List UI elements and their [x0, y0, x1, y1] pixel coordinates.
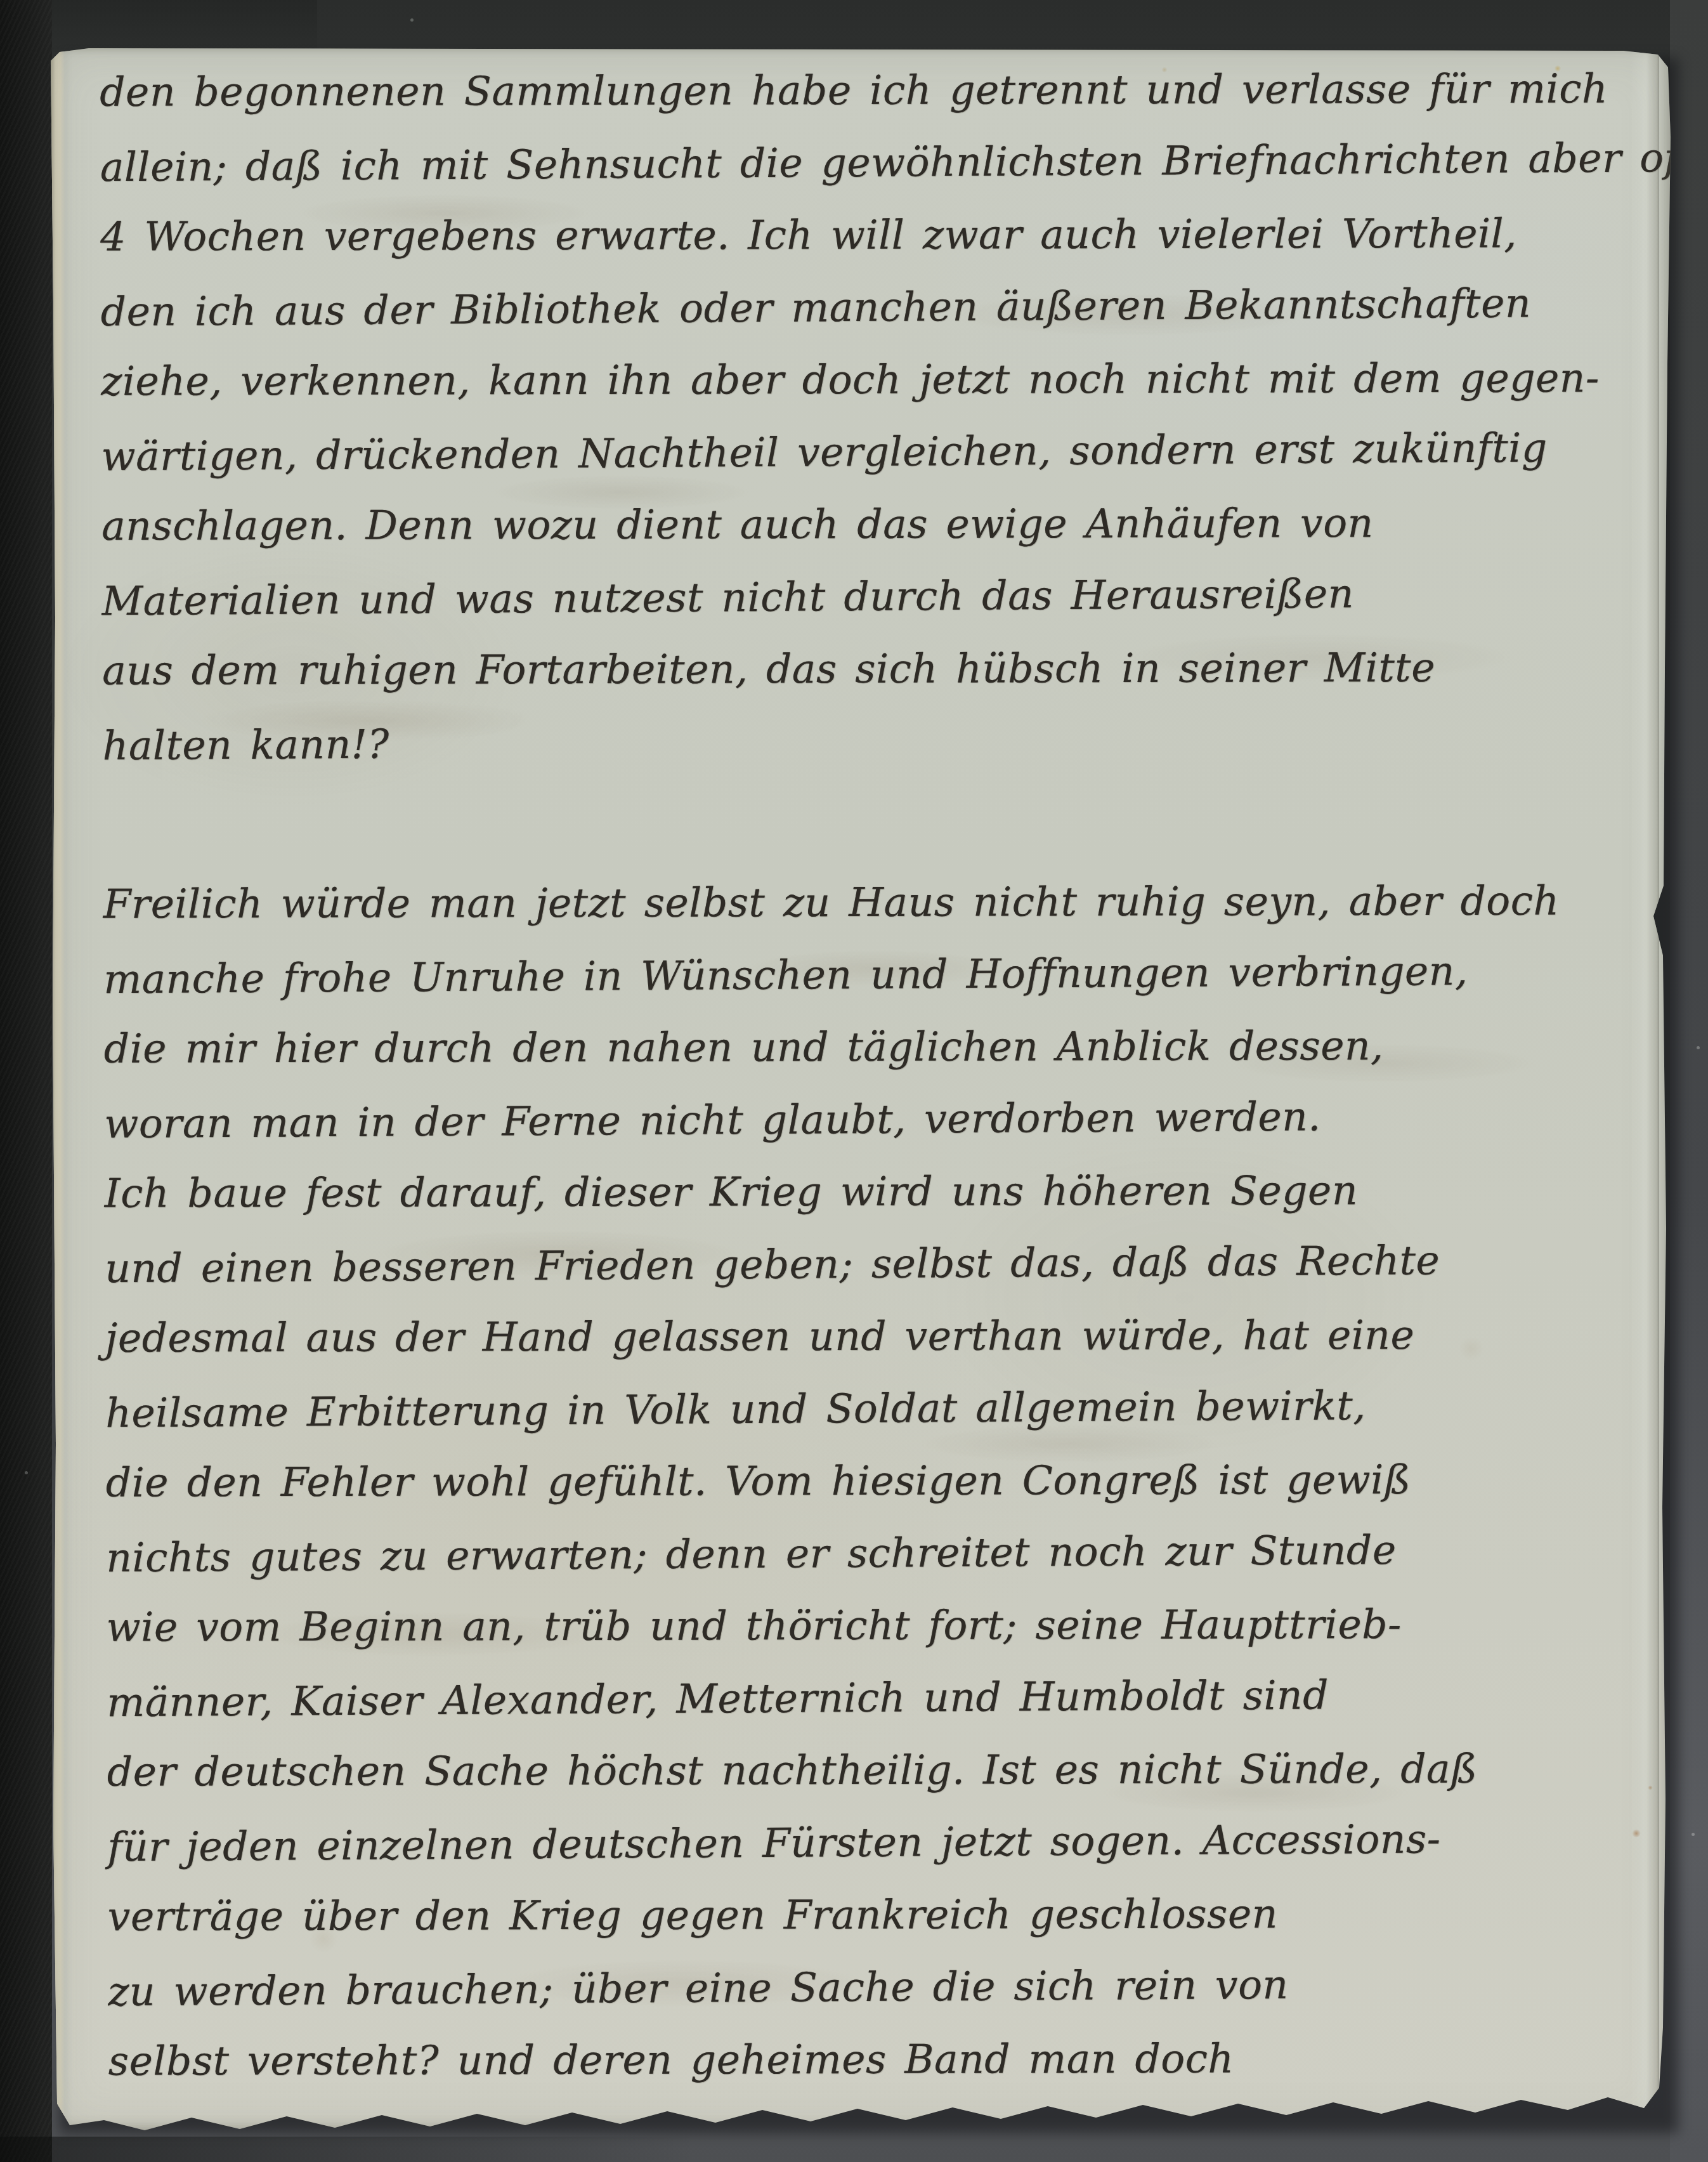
handwritten-line: 4 Wochen vergebens erwarte. Ich will zwa…	[100, 197, 1625, 273]
handwritten-line: halten kann!?	[102, 701, 1627, 783]
handwritten-line: nichts gutes zu erwarten; denn er schrei…	[106, 1513, 1631, 1595]
scanned-letter-page: den begonnenen Sammlungen habe ich getre…	[0, 0, 1708, 2162]
handwritten-line: verträge über den Krieg gegen Frankreich…	[108, 1877, 1633, 1953]
handwritten-line: den begonnenen Sammlungen habe ich getre…	[100, 53, 1624, 128]
handwritten-line: Materialien und was nutzest nicht durch …	[101, 556, 1627, 638]
paragraph-1: den begonnenen Sammlungen habe ich getre…	[100, 51, 1627, 781]
top-backing-shadow	[51, 0, 317, 52]
handwritten-line: Ich baue fest darauf, dieser Krieg wird …	[105, 1154, 1629, 1229]
handwritten-line: für jeden einzelnen deutschen Fürsten je…	[107, 1802, 1633, 1884]
letter-paper-sheet: den begonnenen Sammlungen habe ich getre…	[51, 48, 1671, 2132]
paragraph-2: Freilich würde man jetzt selbst zu Haus …	[103, 863, 1633, 2099]
handwritten-line: wie vom Beginn an, trüb und thöricht for…	[107, 1588, 1631, 1663]
handwritten-line: zu werden brauchen; über eine Sache die …	[108, 1947, 1633, 2029]
handwritten-line: die den Fehler wohl gefühlt. Vom hiesige…	[106, 1443, 1631, 1519]
handwritten-line: aus dem ruhigen Fortarbeiten, das sich h…	[102, 631, 1627, 707]
handwritten-line: allein; daß ich mit Sehnsucht die gewöhn…	[100, 122, 1625, 204]
bottom-backing-shadow	[0, 2137, 698, 2162]
right-edge-crease	[1630, 48, 1659, 2132]
handwritten-line: Freilich würde man jetzt selbst zu Haus …	[103, 865, 1628, 940]
handwritten-line: ziehe, verkennen, kann ihn aber doch jet…	[101, 342, 1626, 417]
handwritten-line: jedesmal aus der Hand gelassen und verth…	[105, 1299, 1630, 1374]
handwritten-line: woran man in der Ferne nicht glaubt, ver…	[104, 1079, 1629, 1161]
handwritten-line: der deutschen Sache höchst nachtheilig. …	[107, 1733, 1632, 1808]
letter-body-text: den begonnenen Sammlungen habe ich getre…	[100, 51, 1633, 2099]
handwritten-line: anschlagen. Denn wozu dient auch das ewi…	[101, 487, 1626, 562]
handwritten-line: den ich aus der Bibliothek oder manchen …	[100, 267, 1626, 349]
left-backing-strip	[0, 0, 52, 2162]
handwritten-line: wärtigen, drückenden Nachtheil vergleich…	[101, 412, 1626, 494]
handwritten-line: männer, Kaiser Alexander, Metternich und…	[107, 1658, 1632, 1739]
handwritten-line: die mir hier durch den nahen und täglich…	[104, 1009, 1629, 1085]
handwritten-line: manche frohe Unruhe in Wünschen und Hoff…	[103, 934, 1629, 1016]
handwritten-line: heilsame Erbitterung in Volk und Soldat …	[105, 1368, 1631, 1450]
dust-specks	[0, 0, 2, 2]
handwritten-line: und einen besseren Frieden geben; selbst…	[105, 1224, 1630, 1306]
handwritten-line: selbst versteht? und deren geheimes Band…	[108, 2022, 1633, 2097]
